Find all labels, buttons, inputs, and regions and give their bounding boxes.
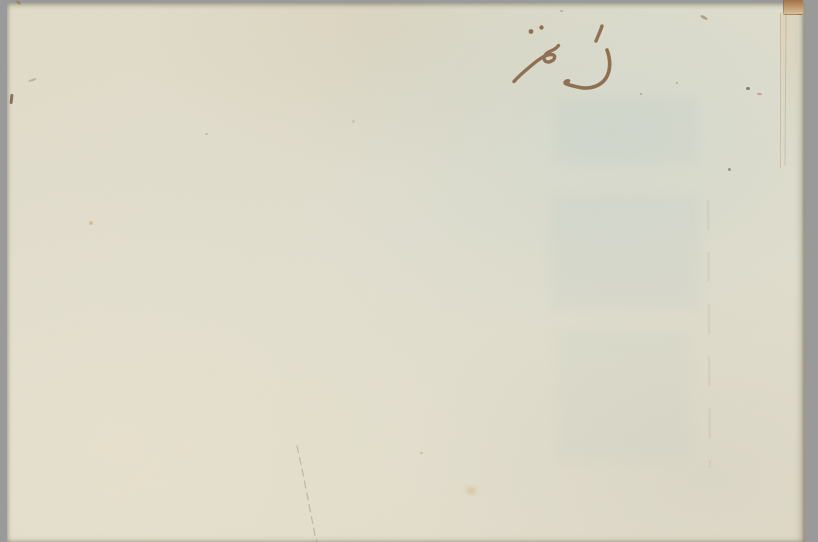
manuscript-page [7, 3, 805, 542]
corner-tab [783, 0, 803, 15]
scan-background [0, 0, 818, 542]
